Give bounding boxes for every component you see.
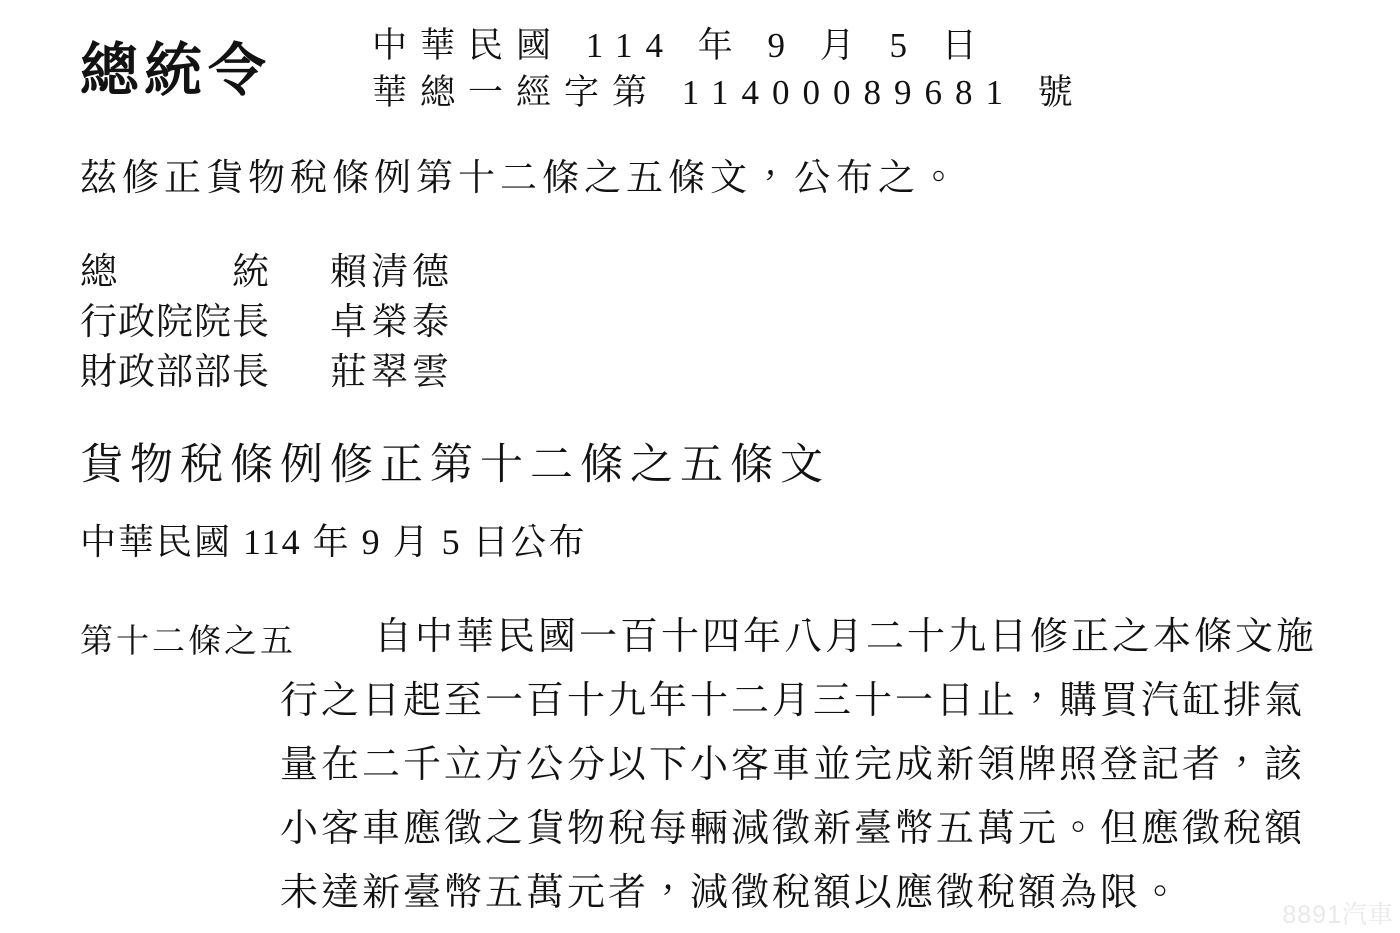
signature-name: 莊翠雲 (330, 348, 453, 398)
article-section: 第十二條之五 自中華民國一百十四年八月二十九日修正之本條文施 行之日起至一百十九… (80, 605, 1320, 925)
site-watermark: 8891汽車 (1282, 895, 1394, 931)
document-header: 總統令 中華民國 114 年 9 月 5 日 華總一經字第 1140008968… (80, 20, 1320, 116)
article-number: 第十二條之五 (80, 605, 280, 925)
signature-name: 卓榮泰 (330, 298, 453, 348)
article-text-line: 自中華民國一百十四年八月二十九日修正之本條文施 (280, 605, 1317, 669)
signature-row-president: 總 統 賴清德 (80, 248, 1320, 298)
proclamation-text: 茲修正貨物稅條例第十二條之五條文，公布之。 (80, 156, 1320, 202)
signature-block: 總 統 賴清德 行政院院長 卓榮泰 財政部部長 莊翠雲 (80, 248, 1320, 398)
signature-title: 財政部部長 (80, 348, 330, 398)
article-text-line: 量在二千立方公分以下小客車並完成新領牌照登記者，該 (280, 733, 1317, 797)
decree-reference-number: 華總一經字第 11400089681 號 (372, 69, 1086, 116)
presidential-order-title: 總統令 (80, 42, 272, 100)
publication-date: 中華民國 114 年 9 月 5 日公布 (80, 520, 1320, 565)
signature-name: 賴清德 (330, 248, 453, 298)
signature-row-premier: 行政院院長 卓榮泰 (80, 298, 1320, 348)
header-date-block: 中華民國 114 年 9 月 5 日 華總一經字第 11400089681 號 (372, 20, 1086, 116)
article-text-line: 小客車應徵之貨物稅每輛減徵新臺幣五萬元。但應徵稅額 (280, 797, 1317, 861)
decree-date: 中華民國 114 年 9 月 5 日 (372, 22, 1086, 69)
signature-title: 總 統 (80, 248, 330, 298)
signature-row-finance-minister: 財政部部長 莊翠雲 (80, 348, 1320, 398)
signature-title: 行政院院長 (80, 298, 330, 348)
article-body: 自中華民國一百十四年八月二十九日修正之本條文施 行之日起至一百十九年十二月三十一… (280, 605, 1317, 925)
decree-page: 總統令 中華民國 114 年 9 月 5 日 華總一經字第 1140008968… (0, 0, 1400, 933)
article-text-line: 未達新臺幣五萬元者，減徵稅額以應徵稅額為限。 (280, 861, 1317, 925)
article-text-line: 行之日起至一百十九年十二月三十一日止，購買汽缸排氣 (280, 669, 1317, 733)
law-amendment-heading: 貨物稅條例修正第十二條之五條文 (80, 440, 1320, 492)
